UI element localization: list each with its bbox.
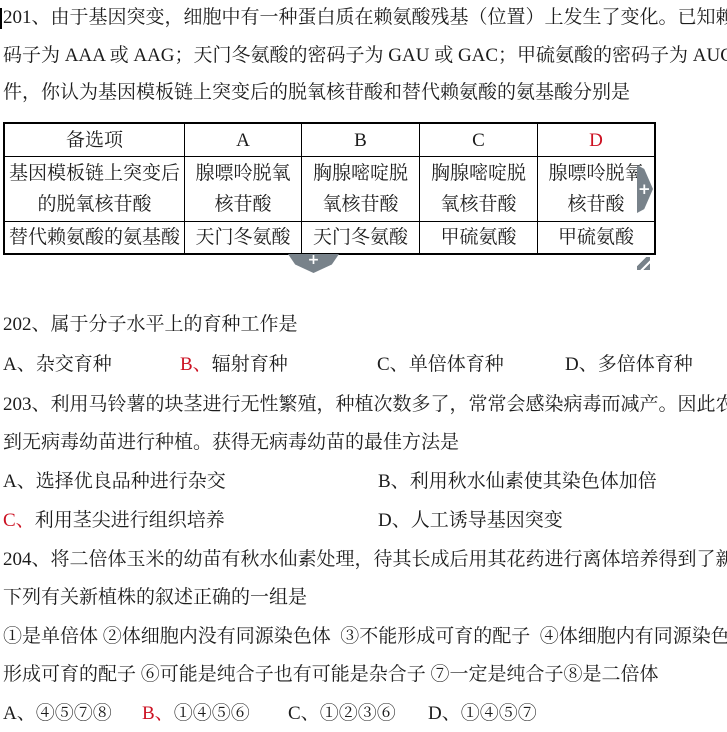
option-text: 辐射育种 <box>212 354 288 375</box>
table-cell: 基因模板链上突变后的脱氧核苷酸 <box>4 157 185 222</box>
question-202-options: A、杂交育种 B、辐射育种 C、单倍体育种 D、多倍体育种 <box>0 351 727 379</box>
table-cell: 胸腺嘧啶脱氧核苷酸 <box>420 157 538 222</box>
plus-icon: + <box>308 252 320 268</box>
option-text: ①④⑤⑦ <box>461 703 537 724</box>
option-text: 单倍体育种 <box>409 354 504 375</box>
option-a: A、④⑤⑦⑧ <box>3 700 112 728</box>
option-label: B、 <box>142 703 174 724</box>
option-d: D、人工诱导基因突变 <box>378 507 563 535</box>
question-201-line-3: 件，你认为基因模板链上突变后的脱氧核苷酸和替代赖氨酸的氨基酸分别是 <box>3 79 725 107</box>
table-header-cell-a: A <box>185 123 302 157</box>
option-b: B、利用秋水仙素使其染色体加倍 <box>378 468 657 496</box>
table-cell: 甲硫氨酸 <box>420 222 538 255</box>
table-resize-handle[interactable] <box>637 257 650 270</box>
table-header-cell-d: D <box>538 123 656 157</box>
table-cell: 替代赖氨酸的氨基酸 <box>4 222 185 255</box>
option-d: D、多倍体育种 <box>565 351 693 379</box>
table-cell: 天门冬氨酸 <box>302 222 420 255</box>
option-text: 利用茎尖进行组织培养 <box>35 510 225 531</box>
option-text: ①②③⑥ <box>320 703 396 724</box>
table-cell: 天门冬氨酸 <box>185 222 302 255</box>
option-c: C、单倍体育种 <box>377 351 504 379</box>
option-text: 多倍体育种 <box>598 354 693 375</box>
table-header-cell-options: 备选项 <box>4 123 185 157</box>
option-d: D、①④⑤⑦ <box>428 700 537 728</box>
question-204-line-2: 下列有关新植株的叙述正确的一组是 <box>3 584 725 612</box>
question-201-line-1: 201、由于基因突变，细胞中有一种蛋白质在赖氨酸残基（位置）上发生了变化。已知赖… <box>3 4 725 32</box>
text-cursor <box>0 8 2 29</box>
table-row-nucleotide: 基因模板链上突变后的脱氧核苷酸 腺嘌呤脱氧核苷酸 胸腺嘧啶脱氧核苷酸 胸腺嘧啶脱… <box>4 157 655 222</box>
option-label: D、 <box>428 703 461 724</box>
option-text: 杂交育种 <box>36 354 112 375</box>
table-row-amino-acid: 替代赖氨酸的氨基酸 天门冬氨酸 天门冬氨酸 甲硫氨酸 甲硫氨酸 <box>4 222 655 255</box>
table-cell: 胸腺嘧啶脱氧核苷酸 <box>302 157 420 222</box>
option-label: C、 <box>377 354 409 375</box>
option-b: B、辐射育种 <box>180 351 288 379</box>
option-a: A、杂交育种 <box>3 351 112 379</box>
table-header-row: 备选项 A B C D <box>4 123 655 157</box>
table-header-cell-c: C <box>420 123 538 157</box>
option-text: ①④⑤⑥ <box>174 703 250 724</box>
add-row-button[interactable]: + <box>288 254 339 273</box>
question-202-stem: 202、属于分子水平上的育种工作是 <box>3 311 725 339</box>
question-201-line-2: 码子为 AAA 或 AAG；天门冬氨酸的密码子为 GAU 或 GAC；甲硫氨酸的… <box>3 42 725 70</box>
question-204-line-1: 204、将二倍体玉米的幼苗有秋水仙素处理，待其长成后用其花药进行离体培养得到了新… <box>3 546 725 574</box>
option-label: D、 <box>378 510 411 531</box>
option-a: A、选择优良品种进行杂交 <box>3 468 226 496</box>
option-b: B、①④⑤⑥ <box>142 700 250 728</box>
option-label: B、 <box>378 471 410 492</box>
question-204-options: A、④⑤⑦⑧ B、①④⑤⑥ C、①②③⑥ D、①④⑤⑦ <box>0 700 727 728</box>
table-header-cell-b: B <box>302 123 420 157</box>
table-cell: 甲硫氨酸 <box>538 222 656 255</box>
option-label: A、 <box>3 354 36 375</box>
option-label: A、 <box>3 703 36 724</box>
option-c: C、利用茎尖进行组织培养 <box>3 507 225 535</box>
table-cell: 腺嘌呤脱氧核苷酸 <box>185 157 302 222</box>
question-203-options-row-2: C、利用茎尖进行组织培养 D、人工诱导基因突变 <box>0 507 727 535</box>
option-text: ④⑤⑦⑧ <box>36 703 112 724</box>
question-203-line-2: 到无病毒幼苗进行种植。获得无病毒幼苗的最佳方法是 <box>3 429 725 457</box>
option-label: B、 <box>180 354 212 375</box>
question-203-options-row-1: A、选择优良品种进行杂交 B、利用秋水仙素使其染色体加倍 <box>0 468 727 496</box>
option-label: D、 <box>565 354 598 375</box>
option-text: 选择优良品种进行杂交 <box>36 471 226 492</box>
option-c: C、①②③⑥ <box>288 700 396 728</box>
option-label: A、 <box>3 471 36 492</box>
option-label: C、 <box>288 703 320 724</box>
question-204-items-line-2: 形成可育的配子 ⑥可能是纯合子也有可能是杂合子 ⑦一定是纯合子⑧是二倍体 <box>3 661 725 689</box>
question-204-items-line-1: ①是单倍体 ②体细胞内没有同源染色体 ③不能形成可育的配子 ④体细胞内有同源染色… <box>3 623 725 651</box>
plus-icon: + <box>638 180 651 198</box>
option-label: C、 <box>3 510 35 531</box>
question-203-line-1: 203、利用马铃薯的块茎进行无性繁殖，种植次数多了，常常会感染病毒而减产。因此农… <box>3 391 725 419</box>
option-text: 人工诱导基因突变 <box>411 510 563 531</box>
document-page: 201、由于基因突变，细胞中有一种蛋白质在赖氨酸残基（位置）上发生了变化。已知赖… <box>0 0 727 732</box>
option-text: 利用秋水仙素使其染色体加倍 <box>410 471 657 492</box>
options-table: 备选项 A B C D 基因模板链上突变后的脱氧核苷酸 腺嘌呤脱氧核苷酸 胸腺嘧… <box>3 122 656 255</box>
